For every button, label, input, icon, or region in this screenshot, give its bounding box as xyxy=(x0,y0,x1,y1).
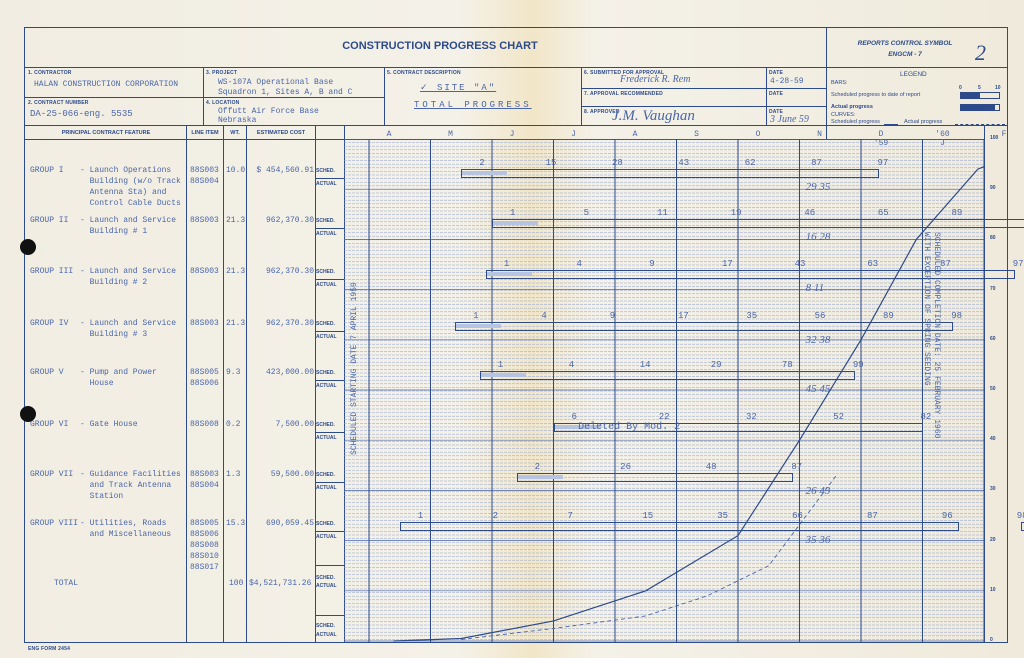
actual-label: ACTUAL xyxy=(316,331,337,344)
scheduled-percent: 15 xyxy=(642,511,653,521)
location-line2: Nebraska xyxy=(218,116,256,125)
col-wt: WT. xyxy=(224,130,246,136)
scheduled-percent: 4 xyxy=(569,360,574,370)
legend-scale-10: 10 xyxy=(995,85,1001,91)
divider xyxy=(203,67,204,125)
total-cost: $4,521,731.26 xyxy=(249,578,311,589)
schedule-bar xyxy=(480,371,855,380)
divider xyxy=(315,531,344,532)
scheduled-percent: 5 xyxy=(584,208,589,218)
scheduled-percent: 4 xyxy=(577,259,582,269)
sched-label: SCHED. xyxy=(316,266,335,279)
schedule-bar xyxy=(455,322,953,331)
legend-title: LEGEND xyxy=(900,71,927,78)
group-label: GROUP VII xyxy=(30,469,73,480)
percent-tick: 100 xyxy=(990,135,998,141)
estimated-cost: 962,370.30 xyxy=(248,266,314,277)
contract-number-value: DA-25-066-eng. 5535 xyxy=(30,109,133,119)
divider xyxy=(186,125,187,643)
actual-progress-fill xyxy=(481,373,526,377)
divider xyxy=(24,125,1008,126)
scheduled-percent: 96 xyxy=(942,511,953,521)
feature-description: - Pump and Power House xyxy=(80,367,157,389)
scheduled-percent: 35 xyxy=(746,311,757,321)
sched-label: SCHED. xyxy=(316,367,335,380)
scheduled-percent: 22 xyxy=(659,412,670,422)
estimated-cost: $ 454,560.91 xyxy=(248,165,314,176)
line-items: 88S005 88S006 xyxy=(190,367,219,389)
scheduled-percent: 63 xyxy=(867,259,878,269)
contract-number-label: 2. CONTRACT NUMBER xyxy=(28,100,89,106)
group-label: GROUP VI xyxy=(30,419,68,430)
legend-actual-bar xyxy=(960,104,1000,111)
feature-description: - Launch and Service Building # 3 xyxy=(80,318,176,340)
actual-percent-note: 32 38 xyxy=(806,334,831,346)
legend-scheduled-label: Scheduled progress to date of report xyxy=(831,92,920,98)
month-label: O xyxy=(748,130,768,139)
percent-tick: 30 xyxy=(990,486,996,492)
chart-sheet: CONSTRUCTION PROGRESS CHART REPORTS CONT… xyxy=(0,0,1024,658)
scheduled-percent: 19 xyxy=(731,208,742,218)
actual-label: ACTUAL xyxy=(316,380,337,393)
line-items: 88S003 xyxy=(190,266,219,277)
scheduled-percent: 15 xyxy=(546,158,557,168)
group-label: GROUP III xyxy=(30,266,73,277)
divider xyxy=(315,178,344,179)
actual-percent-note: 16 28 xyxy=(806,231,831,243)
month-label: D '59 xyxy=(871,130,891,148)
scheduled-percent: 26 xyxy=(620,462,631,472)
deleted-note: Deleted By Mod. 2 xyxy=(578,422,680,433)
actual-percent-note: 8 11 xyxy=(806,282,824,294)
weight: 21.3 xyxy=(226,318,245,329)
divider xyxy=(315,482,344,483)
submitted-signature: Frederick R. Rem xyxy=(620,74,690,85)
project-line2: Squadron 1, Sites A, B and C xyxy=(218,88,352,97)
actual-label: ACTUAL xyxy=(316,432,337,445)
project-label: 3. PROJECT xyxy=(206,70,237,76)
feature-description: - Launch and Service Building # 1 xyxy=(80,215,176,237)
contractor-label: 1. CONTRACTOR xyxy=(28,70,72,76)
scheduled-percent: 89 xyxy=(883,311,894,321)
actual-progress-fill xyxy=(518,475,563,479)
divider xyxy=(826,27,827,139)
legend-curves-label: CURVES: xyxy=(831,112,855,118)
group-label: GROUP II xyxy=(30,215,68,226)
scheduled-percent: 62 xyxy=(745,158,756,168)
legend-scale-0: 0 xyxy=(959,85,962,91)
divider xyxy=(315,432,344,433)
form-number: ENG FORM 2454 xyxy=(28,646,70,652)
submitted-date-label: DATE xyxy=(769,70,783,76)
scheduled-percent: 9 xyxy=(649,259,654,269)
description-line1: ✓ SITE "A" xyxy=(420,83,496,93)
scheduled-percent: 97 xyxy=(877,158,888,168)
start-date-note: SCHEDULED STARTING DATE 7 APRIL 1959 xyxy=(350,282,359,455)
line-items: 88S008 xyxy=(190,419,219,430)
description-line2: TOTAL PROGRESS xyxy=(414,100,532,110)
actual-percent-note: 29 35 xyxy=(806,181,831,193)
weight: 21.3 xyxy=(226,215,245,226)
month-label: J xyxy=(564,130,584,139)
divider xyxy=(581,67,582,125)
punch-hole xyxy=(20,239,36,255)
percent-tick: 80 xyxy=(990,235,996,241)
sched-label: SCHED. xyxy=(316,469,335,482)
reports-control-symbol: REPORTS CONTROL SYMBOL ENGCM - 7 xyxy=(830,38,980,60)
completion-date-note: SCHEDULED COMPLETION DATE: 25 FEBRUARY 1… xyxy=(921,232,941,438)
line-items: 88S003 88S004 xyxy=(190,469,219,491)
scheduled-percent: 46 xyxy=(804,208,815,218)
actual-progress-fill xyxy=(462,171,507,175)
weight: 10.0 xyxy=(226,165,245,176)
line-items: 88S003 88S004 xyxy=(190,165,219,187)
description-label: 5. CONTRACT DESCRIPTION xyxy=(387,70,461,76)
month-label: J xyxy=(502,130,522,139)
percent-tick: 10 xyxy=(990,587,996,593)
estimated-cost: 59,500.00 xyxy=(248,469,314,480)
divider xyxy=(581,106,826,107)
scheduled-percent: 87 xyxy=(867,511,878,521)
feature-description: - Launch Operations Building (w/o Track … xyxy=(80,165,181,209)
sched-label: SCHED. xyxy=(316,165,335,178)
scheduled-percent: 1 xyxy=(504,259,509,269)
actual-label: ACTUAL xyxy=(316,228,337,241)
sched-label: SCHED. xyxy=(316,518,335,531)
scheduled-percent: 2 xyxy=(479,158,484,168)
actual-progress-fill xyxy=(456,324,501,328)
project-line1: WS-107A Operational Base xyxy=(218,78,333,87)
estimated-cost: 690,059.45 xyxy=(248,518,314,529)
form-title: CONSTRUCTION PROGRESS CHART xyxy=(300,40,580,52)
scheduled-percent: 66 xyxy=(792,511,803,521)
sched-label: SCHED. xyxy=(316,215,335,228)
percent-tick: 50 xyxy=(990,386,996,392)
month-label: A xyxy=(379,130,399,139)
scheduled-percent: 14 xyxy=(640,360,651,370)
weight: 15.3 xyxy=(226,518,245,529)
weight: 1.3 xyxy=(226,469,240,480)
scheduled-percent: 89 xyxy=(951,208,962,218)
scheduled-percent: 2 xyxy=(535,462,540,472)
divider xyxy=(384,67,385,125)
percent-tick: 90 xyxy=(990,185,996,191)
schedule-bar xyxy=(492,219,1024,228)
scheduled-percent: 9 xyxy=(610,311,615,321)
scheduled-percent: 11 xyxy=(657,208,668,218)
scheduled-percent: 87 xyxy=(811,158,822,168)
divider xyxy=(581,88,826,89)
page-number: 2 xyxy=(975,40,986,66)
scheduled-percent: 4 xyxy=(541,311,546,321)
divider xyxy=(246,125,247,643)
col-cost: ESTIMATED COST xyxy=(247,130,315,136)
scheduled-percent: 17 xyxy=(678,311,689,321)
actual-label: ACTUAL xyxy=(316,482,337,495)
group-label: GROUP I xyxy=(30,165,64,176)
scheduled-percent: 87 xyxy=(940,259,951,269)
punch-hole xyxy=(20,406,36,422)
divider xyxy=(315,279,344,280)
scheduled-percent: 1 xyxy=(510,208,515,218)
total-wt: 100 xyxy=(229,578,243,589)
legend-scale-5: 5 xyxy=(978,85,981,91)
feature-description: - Utilities, Roads and Miscellaneous xyxy=(80,518,171,540)
schedule-bar xyxy=(461,169,879,178)
schedule-bar xyxy=(517,473,794,482)
scheduled-percent: 17 xyxy=(722,259,733,269)
scheduled-percent: 52 xyxy=(833,412,844,422)
scheduled-percent: 43 xyxy=(795,259,806,269)
scheduled-percent: 87 xyxy=(791,462,802,472)
scheduled-percent: 1 xyxy=(498,360,503,370)
estimated-cost: 962,370.30 xyxy=(248,318,314,329)
divider xyxy=(315,380,344,381)
scheduled-percent: 43 xyxy=(678,158,689,168)
actual-label: ACTUAL xyxy=(316,279,337,292)
scheduled-percent: 28 xyxy=(612,158,623,168)
approved-signature: J.M. Vaughan xyxy=(612,108,695,125)
recommended-label: 7. APPROVAL RECOMMENDED xyxy=(584,91,663,97)
actual-percent-note: 35 36 xyxy=(806,534,831,546)
scheduled-percent: 97 xyxy=(1013,259,1024,269)
contractor-value: HALAN CONSTRUCTION CORPORATION xyxy=(34,80,178,89)
month-label: N xyxy=(810,130,830,139)
approved-date: 3 June 59 xyxy=(770,114,809,125)
group-label: GROUP IV xyxy=(30,318,68,329)
scheduled-percent: 7 xyxy=(568,511,573,521)
curve-actual-label: ACTUAL xyxy=(316,629,337,642)
percent-tick: 60 xyxy=(990,336,996,342)
scheduled-percent: 65 xyxy=(878,208,889,218)
percent-tick: 70 xyxy=(990,286,996,292)
month-label: A xyxy=(625,130,645,139)
scheduled-percent: 78 xyxy=(782,360,793,370)
divider xyxy=(826,67,1008,68)
divider xyxy=(984,125,985,643)
scheduled-percent: 6 xyxy=(572,412,577,422)
scheduled-percent: 56 xyxy=(815,311,826,321)
percent-tick: 20 xyxy=(990,537,996,543)
feature-description: - Guidance Facilities and Track Antenna … xyxy=(80,469,181,502)
divider xyxy=(315,331,344,332)
actual-progress-fill xyxy=(493,221,538,225)
sched-label: SCHED. xyxy=(316,419,335,432)
total-label: TOTAL xyxy=(54,578,78,589)
percent-tick: 40 xyxy=(990,436,996,442)
scheduled-percent: 2 xyxy=(493,511,498,521)
divider xyxy=(315,228,344,229)
divider xyxy=(766,67,767,125)
line-items: 88S003 xyxy=(190,318,219,329)
group-label: GROUP V xyxy=(30,367,64,378)
legend-scheduled-bar xyxy=(960,92,1000,99)
estimated-cost: 962,370.30 xyxy=(248,215,314,226)
location-label: 4. LOCATION xyxy=(206,100,240,106)
scheduled-percent: 1 xyxy=(418,511,423,521)
scheduled-percent: 48 xyxy=(706,462,717,472)
legend-actual-label: Actual progress xyxy=(831,104,873,110)
line-items: 88S003 xyxy=(190,215,219,226)
scheduled-percent: 29 xyxy=(711,360,722,370)
scheduled-percent: 98 xyxy=(1017,511,1024,521)
actual-percent-note: 45 45 xyxy=(806,383,831,395)
scheduled-percent: 98 xyxy=(951,311,962,321)
feature-description: - Gate House xyxy=(80,419,138,430)
scheduled-percent: 1 xyxy=(473,311,478,321)
estimated-cost: 7,500.00 xyxy=(248,419,314,430)
col-feature: PRINCIPAL CONTRACT FEATURE xyxy=(26,130,186,136)
sched-label: SCHED. xyxy=(316,318,335,331)
scheduled-percent: 35 xyxy=(717,511,728,521)
month-label: S xyxy=(687,130,707,139)
location-line1: Offutt Air Force Base xyxy=(218,107,319,116)
divider xyxy=(24,97,384,98)
recommended-date-label: DATE xyxy=(769,91,783,97)
month-label: '60 J xyxy=(933,130,953,148)
percent-tick: 0 xyxy=(990,637,993,643)
divider xyxy=(315,565,344,566)
actual-label: ACTUAL xyxy=(316,531,337,544)
actual-progress-fill xyxy=(487,272,532,276)
estimated-cost: 423,000.00 xyxy=(248,367,314,378)
weight: 0.2 xyxy=(226,419,240,430)
scheduled-percent: 99 xyxy=(853,360,864,370)
weight: 9.3 xyxy=(226,367,240,378)
month-label: M xyxy=(441,130,461,139)
line-items: 88S005 88S006 88S008 88S010 88S017 xyxy=(190,518,219,573)
submitted-date: 4-28-59 xyxy=(770,77,804,86)
divider xyxy=(315,615,344,616)
total-actual-label: ACTUAL xyxy=(316,580,337,593)
group-label: GROUP VIII xyxy=(30,518,78,529)
scheduled-percent: 32 xyxy=(746,412,757,422)
col-line-item: LINE ITEM xyxy=(187,130,223,136)
schedule-bar xyxy=(400,522,960,531)
divider xyxy=(223,125,224,643)
weight: 21.3 xyxy=(226,266,245,277)
actual-label: ACTUAL xyxy=(316,178,337,191)
feature-description: - Launch and Service Building # 2 xyxy=(80,266,176,288)
actual-percent-note: 26 43 xyxy=(806,485,831,497)
legend-bars-label: BARS: xyxy=(831,80,848,86)
